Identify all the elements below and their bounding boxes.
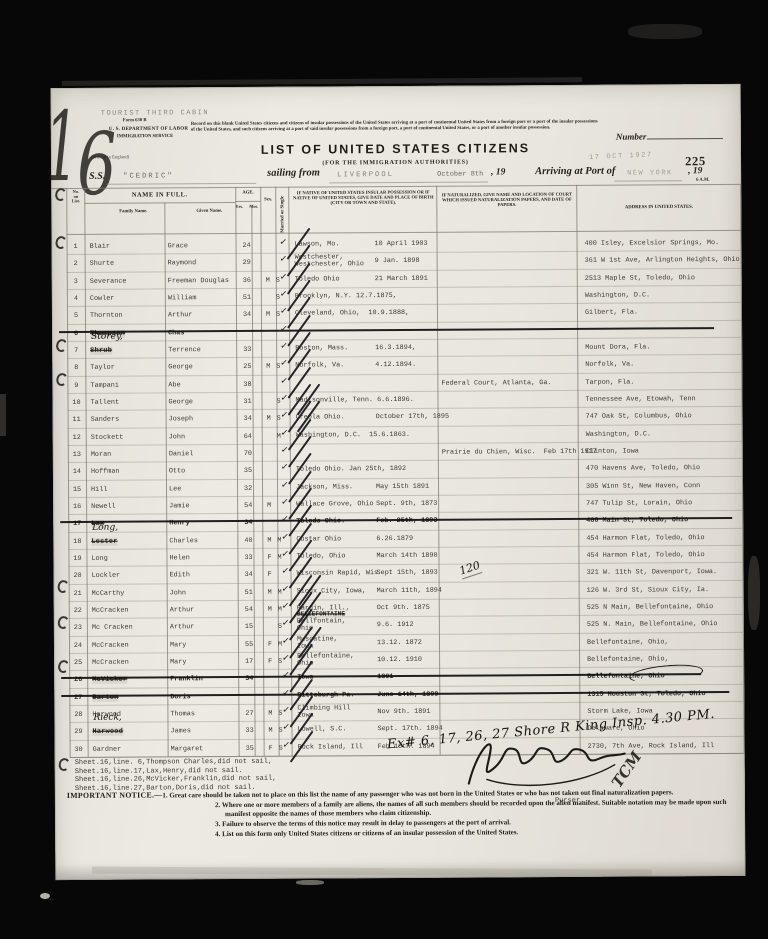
year-blank-2: , 19 (688, 166, 702, 176)
birthplace-cell: Climbing Hill IowaNov 9th. 1891 (291, 703, 439, 721)
sex (261, 340, 276, 357)
family-name: Lester (91, 537, 117, 545)
family-name-cell: Long (86, 548, 166, 566)
given-name: Jamie (166, 496, 237, 514)
us-address: Norfolk, Va. (577, 354, 741, 372)
age-years: 34 (236, 305, 261, 322)
given-name: Mary (167, 635, 238, 653)
family-name: Stockett (91, 433, 124, 441)
important-notice: IMPORTANT NOTICE.—1. Great care should b… (67, 787, 732, 840)
line-number: 15 (68, 480, 86, 497)
family-name-cell: Blair (84, 236, 164, 254)
naturalization (438, 477, 578, 495)
naturalization (437, 355, 577, 373)
line-number: 18 (68, 532, 86, 549)
check-mark: ✓ (279, 288, 288, 300)
sex: F (263, 634, 278, 651)
manifest-page: TOURIST THIRD CABIN 1 6 Form 630 B U. S.… (51, 84, 746, 880)
us-address: 454 Harmon Flat, Toledo, Ohio (578, 528, 742, 546)
scan-artifact (0, 394, 6, 436)
check-mark: ✓ (279, 254, 288, 266)
arriving-label: Arriving at Port of (535, 166, 615, 177)
family-name-cell: Stockett (86, 427, 166, 445)
given-name: William (165, 288, 236, 306)
line-number: 24 (69, 636, 87, 653)
birthplace-cell: Toledo Ohio. Jan 25th, 1892 (290, 460, 438, 478)
age-years: 17 (238, 652, 263, 669)
birth-place: Madisonville, Tenn. 6.6.1896. (295, 397, 413, 405)
birth-place: Custar Ohio (296, 536, 341, 543)
line-number: 30 (70, 740, 88, 757)
given-name: Grace (164, 236, 235, 254)
col-header-marital: Married or Single (278, 189, 287, 233)
birth-place: Boston, Mass. (295, 345, 348, 352)
age-years: 35 (239, 738, 264, 755)
family-name: Tampani (90, 381, 119, 389)
family-name-cell: Hill (86, 479, 166, 497)
sex: M (261, 270, 276, 287)
birth-place: Norfolk, Va. (295, 363, 344, 370)
us-address: 2513 Maple St, Toledo, Ohio (577, 268, 741, 286)
col-header-naturalized: IF NATURALIZED, GIVE NAME AND LOCATION O… (439, 192, 574, 208)
given-name: Arthur (165, 305, 236, 323)
naturalization (438, 407, 578, 425)
passenger-table: 1BlairGrace24Lawson, Mo.10 April 1903400… (66, 84, 740, 88)
sex: F (263, 652, 278, 669)
given-name: Edith (167, 565, 238, 583)
birth-date: 4.12.1894. (375, 362, 416, 369)
notice-item: 4. List on this form only United States … (215, 827, 730, 839)
naturalization (437, 303, 577, 321)
birthplace-cell: Washington, D.C. 15.6.1863. (290, 425, 438, 443)
given-name: Charles (166, 531, 237, 549)
family-name-cell: Shurte (85, 254, 165, 272)
age-years: 15 (238, 617, 263, 634)
sex: M (263, 582, 278, 599)
birth-date: 9 Jan. 1898 (375, 258, 420, 265)
birthplace-cell: Westchester, Westchester, Ohio9 Jan. 189… (289, 252, 437, 270)
given-name: Helen (166, 548, 237, 566)
given-name: John (167, 583, 238, 601)
naturalization (437, 269, 577, 287)
us-address: Clinton, Iowa (578, 441, 742, 459)
family-name: Gardner (93, 745, 122, 753)
check-mark: ✓ (280, 427, 289, 439)
service-label: IMMIGRATION SERVICE (117, 133, 232, 139)
header-rule (84, 202, 235, 204)
family-name: Mc Cracken (92, 624, 133, 632)
family-name: Shurte (90, 260, 115, 268)
col-header-address: ADDRESS IN UNITED STATES. (583, 204, 734, 210)
age-years: 38 (236, 374, 261, 391)
sex (260, 236, 275, 253)
age-years: 33 (238, 721, 263, 738)
birth-date: 13.12. 1872 (377, 640, 422, 647)
family-name-cell: Thornton (85, 306, 165, 324)
family-name: Cowler (90, 295, 115, 303)
age-years: 29 (236, 253, 261, 270)
naturalization (439, 598, 579, 616)
age-years: 35 (237, 461, 262, 478)
line-number: 5 (67, 306, 85, 323)
sex: M (262, 409, 277, 426)
sex: M (263, 721, 278, 738)
family-name: Hill (91, 485, 107, 493)
given-name: Daniel (166, 444, 237, 462)
line-number: 21 (69, 584, 87, 601)
arrival-time: 6 A.M. (696, 177, 709, 182)
family-name-cell: McCracken (87, 600, 167, 618)
birth-place: Lowell, S.C. (297, 727, 346, 734)
us-address: 321 W. 11th St, Davenport, Iowa. (578, 562, 742, 580)
family-name-cell: Hoffman (86, 462, 166, 480)
birthplace-cell (289, 373, 437, 391)
header-rule (235, 201, 260, 202)
given-name: Freeman Douglas (165, 271, 236, 289)
birth-date: 21 March 1891 (375, 275, 428, 282)
family-name: Sanders (91, 416, 120, 424)
given-name: Otto (166, 461, 237, 479)
family-name-cell: Cowler (85, 288, 165, 306)
port-of-departure: LIVERPOOL (337, 171, 394, 179)
notice-item-text: Great care should be taken not to place … (169, 788, 673, 799)
fill-in-underline (614, 180, 682, 181)
birth-date: May 15th 1891 (376, 483, 429, 490)
naturalization (437, 251, 577, 269)
family-name-cell: Moran (86, 444, 166, 462)
family-name-cell: McCracken (87, 635, 167, 653)
birth-date: Oct 9th. 1875 (377, 605, 430, 612)
handwritten-correction: Rieck, (93, 713, 121, 723)
col-header-name-in-full: NAME IN FULL. (84, 191, 235, 199)
birthplace-cell: Brooklyn, N.Y. 12.7.1875, (289, 287, 437, 305)
check-mark: ✓ (281, 531, 290, 543)
birthplace-cell: Wisconsin Rapid, WisSept 15th, 1893 (291, 564, 439, 582)
line-number: 8 (67, 358, 85, 375)
col-header-family-name: Family Name. (97, 208, 169, 213)
family-name: Severance (90, 277, 127, 285)
check-mark: ✓ (280, 462, 289, 474)
sex (261, 392, 276, 409)
family-name: Blair (90, 243, 110, 251)
birth-date: Sept. 9th, 1873 (376, 501, 437, 508)
check-mark: ✓ (280, 392, 289, 404)
naturalization (438, 425, 578, 443)
line-number: 22 (69, 601, 87, 618)
naturalization (438, 494, 578, 512)
family-name: Thornton (90, 312, 123, 320)
naturalization (439, 702, 579, 720)
family-name: Tallent (90, 399, 119, 407)
handwritten-correction: Storey, (91, 332, 123, 342)
check-mark: ✓ (282, 722, 291, 734)
given-name: George (165, 357, 236, 375)
birth-place: Lawson, Mo. (295, 241, 340, 248)
year-blank-1: , 19 (491, 167, 505, 177)
sex: M (261, 357, 276, 374)
check-mark: ✓ (281, 600, 290, 612)
check-mark: ✓ (282, 652, 291, 664)
birthplace-cell: Bellefontaine, Ohio10.12. 1910 (291, 651, 439, 669)
line-number: 16 (68, 497, 86, 514)
birthplace-cell (290, 443, 438, 461)
sex: M (263, 600, 278, 617)
sailing-date: October 8th (437, 170, 483, 178)
age-years: 27 (238, 704, 263, 721)
family-name-cell: LesterLong, (86, 531, 166, 549)
line-number: 1 (66, 237, 84, 254)
age-years: 40 (237, 530, 262, 547)
naturalization (438, 529, 578, 547)
age-years: 51 (238, 582, 263, 599)
birth-date: 16.3.1894, (375, 345, 416, 352)
naturalization: Prairie du Chien, Wisc. Feb 17th 1917 (438, 442, 578, 460)
notice-items: 2. Where one or more members of a family… (67, 798, 732, 840)
sex (262, 461, 277, 478)
age-years: 33 (236, 340, 261, 357)
birth-date: 10.12. 1910 (377, 657, 422, 664)
birth-date: 6.26.1879 (376, 536, 413, 543)
naturalization (438, 459, 578, 477)
age-years: 70 (237, 444, 262, 461)
given-name: Mary (167, 652, 238, 670)
family-name-cell: Gardner (88, 739, 168, 757)
birth-date: March 14th 1890 (376, 553, 437, 560)
naturalization (439, 615, 579, 633)
number-blank-line (646, 129, 722, 139)
check-mark: ✓ (279, 236, 288, 248)
age-years: 54 (238, 600, 263, 617)
given-name: Abe (165, 375, 236, 393)
col-header-age: AGE. (237, 190, 259, 195)
us-address: 454 Harmon Flat, Toledo, Ohio (578, 545, 742, 563)
us-address: 361 W 1st Ave, Arlington Heights, Ohio (577, 250, 741, 268)
naturalization (439, 633, 579, 651)
check-mark: ✓ (280, 410, 289, 422)
family-name-cell: Tampani (85, 375, 165, 393)
sex: M (262, 530, 277, 547)
family-name: Newell (91, 503, 116, 511)
scan-artifact (296, 880, 324, 885)
birthplace-cell: Bellfontain, Ohio9.6. 1912 (291, 616, 439, 634)
sex (261, 253, 276, 270)
naturalization (437, 338, 577, 356)
sex (263, 617, 278, 634)
birthplace-cell: Norfolk, Va.4.12.1894. (289, 356, 437, 374)
family-name: McCracken (92, 659, 129, 667)
us-address: 525 N Main, Bellefontaine, Ohio (579, 597, 743, 615)
check-mark: ✓ (279, 306, 288, 318)
naturalization (439, 581, 579, 599)
margin-marks (51, 84, 741, 88)
check-mark: ✓ (281, 635, 290, 647)
line-number: 11 (68, 410, 86, 427)
sailing-from-label: sailing from (267, 167, 320, 178)
check-mark: ✓ (280, 375, 289, 387)
us-address: 305 Winn St, New Haven, Conn (578, 476, 742, 494)
naturalization (437, 390, 577, 408)
birth-place: Toledo Ohio. Jan 25th, 1892 (296, 466, 406, 473)
us-address: Washington, D.C. (577, 285, 741, 303)
sex: F (262, 548, 277, 565)
us-address: Bellefontaine, Ohio, (579, 632, 743, 650)
line-number: 2 (67, 254, 85, 271)
us-address: 747 Tulip St, Lorain, Ohio (578, 493, 742, 511)
notice-item-number: 1. (162, 791, 167, 799)
birthplace-cell: Toledo Ohio21 March 1891 (289, 269, 437, 287)
family-name-cell: Taylor (85, 358, 165, 376)
birth-date: 10 April 1903 (375, 241, 428, 248)
check-mark: ✓ (280, 340, 289, 352)
line-number: 23 (69, 618, 87, 635)
check-mark: ✓ (281, 496, 290, 508)
naturalization: Federal Court, Atlanta, Ga. (437, 373, 577, 391)
sex: F (264, 738, 279, 755)
age-years: 64 (237, 426, 262, 443)
line-number: 7 (67, 341, 85, 358)
us-address: Washington, D.C. (578, 424, 742, 442)
did-not-sail-line: Sheet.16,line. 6,Thompson Charles,did no… (75, 758, 277, 768)
check-mark: ✓ (282, 739, 291, 751)
ship-name: "CEDRIC" (123, 172, 174, 180)
us-address: 470 Havens Ave, Toledo, Ohio (578, 458, 742, 476)
line-number: 25 (69, 653, 87, 670)
family-name: Lockler (92, 572, 121, 580)
family-name-cell: McCracken (87, 652, 167, 670)
line-number: 20 (69, 566, 87, 583)
age-years: 31 (236, 392, 261, 409)
line-number: 28 (69, 705, 87, 722)
birth-place: Toledo Ohio (295, 276, 340, 283)
line-number: 13 (68, 445, 86, 462)
given-name: Thomas (167, 704, 238, 722)
check-mark: ✓ (280, 479, 289, 491)
scanned-manifest-document: TOURIST THIRD CABIN 1 6 Form 630 B U. S.… (0, 0, 768, 939)
age-years: 34 (238, 565, 263, 582)
line-number: 4 (67, 289, 85, 306)
birth-place: Bellefontaine, Ohio (297, 653, 354, 667)
birth-date: Nov 9th. 1891 (377, 709, 430, 716)
given-name: George (165, 392, 236, 410)
family-name: Taylor (90, 364, 115, 372)
given-name: Arthur (167, 600, 238, 618)
given-name: Joseph (166, 409, 237, 427)
age-years: 34 (237, 409, 262, 426)
ss-label: S.S. (89, 171, 105, 182)
us-address: Tarpon, Fla. (577, 372, 741, 390)
family-name-cell: HarwoodRieck, (87, 722, 167, 740)
col-header-native: IF NATIVE OF UNITED STATES INSULAR POSSE… (291, 190, 435, 206)
family-name: McCracken (92, 607, 129, 615)
line-number: 29 (69, 722, 87, 739)
given-name: Lee (166, 479, 237, 497)
sex: M (261, 305, 276, 322)
age-years: 33 (237, 548, 262, 565)
check-mark: ✓ (280, 444, 289, 456)
line-number: 14 (68, 462, 86, 479)
line-number: 9 (67, 376, 85, 393)
col-header-sex: Sex. (260, 197, 276, 202)
us-address: 525 N. Main, Bellefontaine, Ohio (579, 614, 743, 632)
birth-place: Jackson, Miss. (296, 484, 353, 491)
family-name: Long (91, 555, 107, 563)
age-years: 51 (236, 288, 261, 305)
age-years: 25 (236, 357, 261, 374)
sex (261, 374, 276, 391)
us-address: Tennessee Ave, Etowah, Tenn (577, 389, 741, 407)
family-name-cell: Tallent (85, 392, 165, 410)
family-name: Hoffman (91, 468, 120, 476)
col-header-no: No. on List. (67, 190, 84, 204)
family-name-cell: Mc Cracken (87, 618, 167, 636)
birthplace-cell: Boston, Mass.16.3.1894, (289, 339, 437, 357)
age-years: 32 (237, 478, 262, 495)
sex: F (263, 565, 278, 582)
line-number: 3 (67, 272, 85, 289)
check-mark: ✓ (279, 271, 288, 283)
binder-mark (58, 757, 71, 772)
scan-artifact (748, 556, 760, 630)
naturalization (438, 546, 578, 564)
given-name: Margaret (168, 739, 239, 757)
birth-date: Sept 15th, 1893 (377, 570, 438, 577)
given-name: James (167, 721, 238, 739)
sex (262, 426, 277, 443)
check-mark: ✓ (281, 566, 290, 578)
us-address: Gilbert, Fla. (577, 302, 741, 320)
us-address: 747 Oak St, Columbus, Ohio (578, 406, 742, 424)
table-grid-lines (51, 84, 741, 88)
birth-date: March 11th, 1894 (377, 587, 442, 594)
fill-in-underline (329, 181, 488, 183)
family-name-cell: ShrubStorey, (85, 340, 165, 358)
scan-artifact (628, 24, 702, 39)
sex (261, 288, 276, 305)
family-name: Harwood (92, 728, 123, 736)
family-name-cell: McCarthy (87, 583, 167, 601)
form-instructions: Record on this blank United States citiz… (191, 119, 598, 132)
birthplace-cell: Cleveland, Ohio, 10.9.1888, (289, 304, 437, 322)
given-name: Raymond (165, 253, 236, 271)
check-mark: ✓ (281, 618, 290, 630)
check-mark: ✓ (281, 548, 290, 560)
birth-place: Cleveland, Ohio, 10.9.1888, (295, 310, 409, 317)
birth-place: Washington, D.C. 15.6.1863. (296, 432, 410, 439)
us-address: Bellefontaine, Ohio, (579, 649, 743, 667)
header-rule (51, 184, 740, 189)
check-mark: ✓ (280, 358, 289, 370)
did-not-sail-notes: Sheet.16,line. 6,Thompson Charles,did no… (75, 758, 277, 794)
given-name: Terrence (165, 340, 236, 358)
birthplace-cell: Wallace Grove, OhioSept. 9th, 1873 (290, 495, 438, 513)
line-number: 19 (68, 549, 86, 566)
birthplace-cell: Toledo, OhioMarch 14th 1890 (290, 547, 438, 565)
given-name: John (166, 427, 237, 445)
us-address: Mount Dora, Fla. (577, 337, 741, 355)
age-years: 36 (236, 270, 261, 287)
age-years: 55 (238, 634, 263, 651)
naturalization (437, 286, 577, 304)
naturalization (436, 234, 576, 252)
sex: M (262, 496, 277, 513)
family-name: Moran (91, 451, 111, 459)
handwritten-correction: Long, (92, 522, 118, 532)
check-mark: ✓ (282, 704, 291, 716)
notice-label: IMPORTANT NOTICE.— (67, 790, 162, 800)
family-name-cell: Sanders (86, 410, 166, 428)
sex: M (263, 704, 278, 721)
fill-in-underline (106, 183, 256, 185)
